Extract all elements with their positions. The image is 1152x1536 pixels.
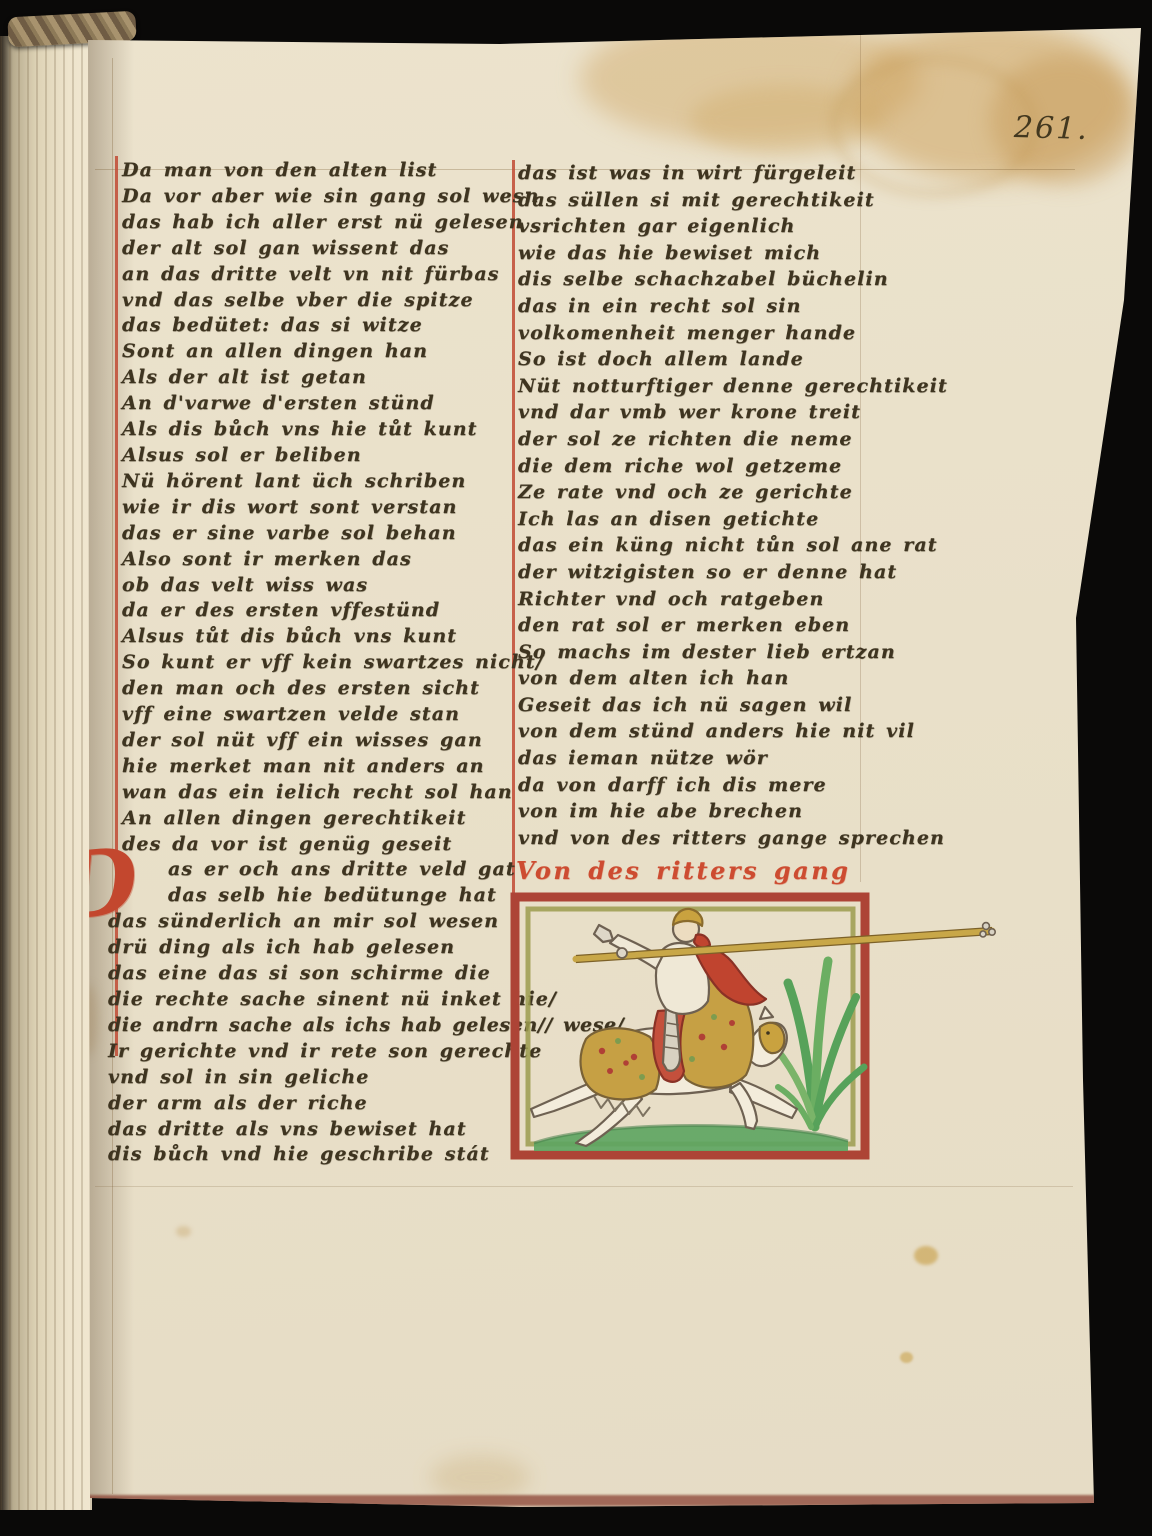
- page-bottom-edge: [52, 1495, 1097, 1506]
- text-line: vff eine swartzen velde stan: [122, 702, 552, 728]
- spot-stain: [430, 1455, 530, 1500]
- text-line: wie ir dis wort sont verstan: [122, 495, 552, 521]
- text-line: So machs im dester lieb ertzan: [518, 639, 948, 666]
- manuscript-page: 261. Da man von den alten listDa vor abe…: [0, 0, 1152, 1536]
- spot-stain: [176, 1226, 191, 1237]
- text-line: Als der alt ist getan: [122, 365, 552, 391]
- gauntlet: [594, 925, 613, 942]
- text-line: von dem stünd anders hie nit vil: [518, 718, 948, 745]
- text-line: ob das velt wiss was: [122, 573, 552, 599]
- rider-leg: [663, 1009, 680, 1071]
- text-line: drü ding als ich hab gelesen: [108, 935, 552, 961]
- text-line: Geseit das ich nü sagen wil: [518, 692, 948, 719]
- text-line: den man och des ersten sicht: [122, 676, 552, 702]
- text-line: der sol nüt vff ein wisses gan: [122, 728, 552, 754]
- text-line: des da vor ist genüg geseit: [122, 832, 552, 858]
- text-line: An d'varwe d'ersten stünd: [122, 391, 552, 417]
- text-line: der arm als der riche: [108, 1091, 552, 1117]
- text-line: Nü hörent lant üch schriben: [122, 469, 552, 495]
- text-line: Da man von den alten list: [122, 158, 552, 184]
- right-text-column: das ist was in wirt fürgeleitdas süllen …: [518, 160, 948, 851]
- text-line: Richter vnd och ratgeben: [518, 586, 948, 613]
- horse-eye: [766, 1031, 770, 1035]
- text-line: wie das hie bewiset mich: [518, 240, 948, 267]
- text-line: dis selbe schachzabel büchelin: [518, 266, 948, 293]
- text-line: vnd dar vmb wer krone treit: [518, 399, 948, 426]
- text-line: der witzigisten so er denne hat: [518, 559, 948, 586]
- text-line: wan das ein ielich recht sol han: [122, 780, 552, 806]
- rubric-heading: Von des ritters gang: [516, 856, 850, 886]
- text-line: vnd sol in sin geliche: [108, 1065, 552, 1091]
- text-line: Nüt notturftiger denne gerechtikeit: [518, 373, 948, 400]
- text-line: das selb hie bedütunge hat: [168, 883, 552, 909]
- text-line: as er och ans dritte veld gat: [168, 857, 552, 883]
- ruling-line-vertical: [112, 58, 113, 1494]
- text-line: Alsus tůt dis bůch vns kunt: [122, 624, 552, 650]
- text-line: von im hie abe brechen: [518, 798, 948, 825]
- text-line: den rat sol er merken eben: [518, 612, 948, 639]
- text-line: das hab ich aller erst nü gelesen: [122, 210, 552, 236]
- text-line: An allen dingen gerechtikeit: [122, 806, 552, 832]
- text-line: da er des ersten vffestünd: [122, 598, 552, 624]
- text-line: das ieman nütze wör: [518, 745, 948, 772]
- text-line: das süllen si mit gerechtikeit: [518, 187, 948, 214]
- text-line: die dem riche wol getzeme: [518, 453, 948, 480]
- text-line: Ze rate vnd och ze gerichte: [518, 479, 948, 506]
- left-text-column: Da man von den alten listDa vor aber wie…: [122, 158, 552, 1168]
- spot-stain: [900, 1352, 913, 1363]
- text-line: da von darff ich dis mere: [518, 772, 948, 799]
- text-line: Ir gerichte vnd ir rete son gerechte: [108, 1039, 552, 1065]
- text-line: Da vor aber wie sin gang sol wesn: [122, 184, 552, 210]
- text-line: Also sont ir merken das: [122, 547, 552, 573]
- text-line: das dritte als vns bewiset hat: [108, 1117, 552, 1143]
- folio-number: 261.: [1014, 110, 1152, 149]
- lance-grip-hand: [617, 948, 627, 958]
- text-line: der sol ze richten die neme: [518, 426, 948, 453]
- chanfron: [760, 1023, 785, 1053]
- manuscript-photo: 261. Da man von den alten listDa vor abe…: [0, 0, 1152, 1536]
- horse-ear: [760, 1007, 773, 1019]
- text-line: das in ein recht sol sin: [518, 293, 948, 320]
- text-line: von dem alten ich han: [518, 665, 948, 692]
- text-line: vnd von des ritters gange sprechen: [518, 825, 948, 852]
- text-line: die andrn sache als ichs hab gelesen// w…: [108, 1013, 552, 1039]
- miniature-knight: [510, 891, 998, 1163]
- text-line: Ich las an disen getichte: [518, 506, 948, 533]
- text-line: Sont an allen dingen han: [122, 339, 552, 365]
- text-line: an das dritte velt vn nit fürbas: [122, 262, 552, 288]
- text-line: das ein küng nicht tůn sol ane rat: [518, 532, 948, 559]
- lance: [576, 923, 995, 963]
- spot-stain: [914, 1246, 938, 1265]
- text-line: Als dis bůch vns hie tůt kunt: [122, 417, 552, 443]
- text-line: dis bůch vnd hie geschribe stát: [108, 1142, 552, 1168]
- text-line: der alt sol gan wissent das: [122, 236, 552, 262]
- ruling-line-horizontal: [95, 1186, 1073, 1187]
- text-line: So kunt er vff kein swartzes nicht/: [122, 650, 552, 676]
- text-line: vsrichten gar eigenlich: [518, 213, 948, 240]
- book-fore-edges: [0, 36, 92, 1510]
- text-line: So ist doch allem lande: [518, 346, 948, 373]
- text-line: das ist was in wirt fürgeleit: [518, 160, 948, 187]
- text-line: das sünderlich an mir sol wesen: [108, 909, 552, 935]
- text-line: das er sine varbe sol behan: [122, 521, 552, 547]
- text-line: das bedütet: das si witze: [122, 313, 552, 339]
- text-line: vnd das selbe vber die spitze: [122, 288, 552, 314]
- text-line: hie merket man nit anders an: [122, 754, 552, 780]
- text-line: Alsus sol er beliben: [122, 443, 552, 469]
- text-line: volkomenheit menger hande: [518, 320, 948, 347]
- text-line: die rechte sache sinent nü inket hie/: [108, 987, 552, 1013]
- hood-collar: [694, 935, 710, 948]
- text-line: das eine das si son schirme die: [108, 961, 552, 987]
